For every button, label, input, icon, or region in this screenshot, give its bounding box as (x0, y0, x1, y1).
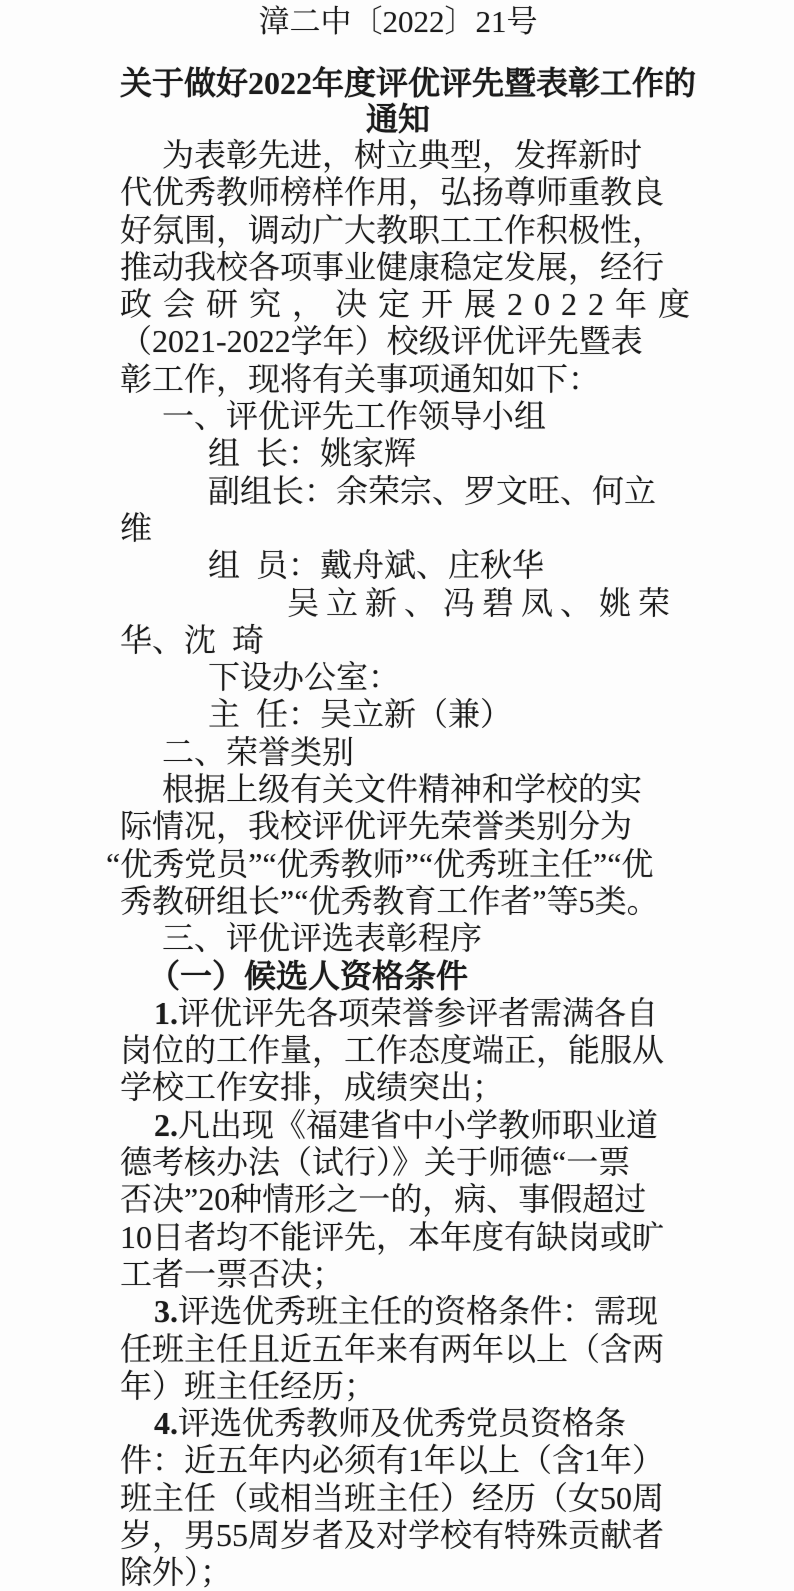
line-text: 年）班主任经历； (120, 1368, 376, 1404)
line-text: 主 任：吴立新（兼） (208, 696, 512, 732)
text-line: 吴立新、冯碧凤、姚荣 (120, 585, 676, 622)
text-line: “优秀党员”“优秀教师”“优秀班主任”“优 (106, 846, 676, 883)
line-text: 件：近五年内必须有1年以上（含1年） (120, 1442, 664, 1478)
text-line: 主 任：吴立新（兼） (120, 696, 676, 733)
text-line: 推动我校各项事业健康稳定发展，经行 (120, 249, 676, 286)
line-text: “优秀党员”“优秀教师”“优秀班主任”“优 (106, 846, 653, 882)
line-text: 际情况，我校评优评先荣誉类别分为 (120, 808, 632, 844)
line-text: 10日者均不能评先，本年度有缺岗或旷 (120, 1219, 664, 1255)
line-text: 组 长：姚家辉 (208, 435, 416, 471)
text-line: 学校工作安排，成绩突出； (120, 1069, 676, 1106)
line-text: 评优评先各项荣誉参评者需满各自 (178, 995, 658, 1031)
text-line: 秀教研组长”“优秀教育工作者”等5类。 (120, 883, 676, 920)
line-text: 秀教研组长”“优秀教育工作者”等5类。 (120, 883, 659, 919)
text-line: 维 (120, 510, 676, 547)
document-page: 漳二中〔2022〕21号 关于做好2022年度评优评先暨表彰工作的 通知 为表彰… (0, 0, 794, 1591)
line-text: 代优秀教师榜样作用，弘扬尊师重教良 (120, 174, 664, 210)
line-text: 岁，男55周岁者及对学校有特殊贡献者 (120, 1517, 664, 1553)
line-text: 好氛围，调动广大教职工工作积极性， (120, 212, 664, 248)
text-line: 下设办公室： (120, 659, 676, 696)
text-line: 工者一票否决； (120, 1256, 676, 1293)
line-text: 班主任（或相当班主任）经历（女50周 (120, 1480, 664, 1516)
line-text: （一）候选人资格条件 (148, 958, 468, 994)
text-line: （2021-2022学年）校级评优评先暨表 (120, 323, 676, 360)
text-line: 代优秀教师榜样作用，弘扬尊师重教良 (120, 174, 676, 211)
text-line: 际情况，我校评优评先荣誉类别分为 (120, 808, 676, 845)
line-text: 一、评优评先工作领导小组 (162, 398, 546, 434)
doc-number: 漳二中〔2022〕21号 (120, 3, 676, 40)
text-line: 4.评选优秀教师及优秀党员资格条 (120, 1405, 676, 1442)
text-line: 根据上级有关文件精神和学校的实 (120, 771, 676, 808)
text-line: 岁，男55周岁者及对学校有特殊贡献者 (120, 1517, 676, 1554)
item-number: 1. (154, 995, 178, 1031)
line-text: 维 (120, 510, 152, 546)
text-line: 2.凡出现《福建省中小学教师职业道 (120, 1107, 676, 1144)
line-text: 根据上级有关文件精神和学校的实 (162, 771, 642, 807)
line-text: 评选优秀教师及优秀党员资格条 (178, 1405, 626, 1441)
text-line: 好氛围，调动广大教职工工作积极性， (120, 212, 676, 249)
text-line: 为表彰先进，树立典型，发挥新时 (120, 137, 676, 174)
text-line: 除外）； (120, 1554, 676, 1591)
line-text: 任班主任且近五年来有两年以上（含两 (120, 1331, 664, 1367)
line-text: 学校工作安排，成绩突出； (120, 1069, 504, 1105)
text-line: 任班主任且近五年来有两年以上（含两 (120, 1331, 676, 1368)
line-text: 彰工作，现将有关事项通知如下： (120, 361, 600, 397)
text-line: 1.评优评先各项荣誉参评者需满各自 (120, 995, 676, 1032)
text-line: 彰工作，现将有关事项通知如下： (120, 361, 676, 398)
item-number: 4. (154, 1405, 178, 1441)
line-text: 德考核办法（试行）》关于师德“一票 (120, 1144, 630, 1180)
text-line: 3.评选优秀班主任的资格条件：需现 (120, 1293, 676, 1330)
text-line: 否决”20种情形之一的，病、事假超过 (120, 1181, 676, 1218)
line-text: 吴立新、冯碧凤、姚荣 (287, 585, 677, 621)
line-text: 凡出现《福建省中小学教师职业道 (178, 1107, 658, 1143)
text-line: 副组长：余荣宗、罗文旺、何立 (120, 473, 676, 510)
line-text: 三、评优评选表彰程序 (162, 920, 482, 956)
text-line: 年）班主任经历； (120, 1368, 676, 1405)
line-text: 政会研究，决定开展2022年度 (120, 286, 701, 322)
line-text: 除外）； (120, 1554, 232, 1590)
item-number: 3. (154, 1293, 178, 1329)
item-number: 2. (154, 1107, 178, 1143)
line-text: 华、沈 琦 (120, 622, 264, 658)
line-text: 工者一票否决； (120, 1256, 344, 1292)
line-text: 推动我校各项事业健康稳定发展，经行 (120, 249, 664, 285)
text-line: 岗位的工作量，工作态度端正，能服从 (120, 1032, 676, 1069)
text-line: 一、评优评先工作领导小组 (120, 398, 676, 435)
line-text: 岗位的工作量，工作态度端正，能服从 (120, 1032, 664, 1068)
document-body: 为表彰先进，树立典型，发挥新时代优秀教师榜样作用，弘扬尊师重教良好氛围，调动广大… (120, 137, 676, 1591)
text-line: 政会研究，决定开展2022年度 (120, 286, 676, 323)
text-line: 三、评优评选表彰程序 (120, 920, 676, 957)
text-line: 班主任（或相当班主任）经历（女50周 (120, 1480, 676, 1517)
line-text: 为表彰先进，树立典型，发挥新时 (162, 137, 642, 173)
text-line: 10日者均不能评先，本年度有缺岗或旷 (120, 1219, 676, 1256)
line-text: （2021-2022学年）校级评优评先暨表 (120, 323, 643, 359)
line-text: 组 员：戴舟斌、庄秋华 (208, 547, 544, 583)
doc-title-line-1: 关于做好2022年度评优评先暨表彰工作的 (120, 65, 676, 101)
text-line: 组 长：姚家辉 (120, 435, 676, 472)
line-text: 副组长：余荣宗、罗文旺、何立 (208, 473, 656, 509)
text-line: 件：近五年内必须有1年以上（含1年） (120, 1442, 676, 1479)
doc-title-line-2: 通知 (120, 101, 676, 137)
document-content: 漳二中〔2022〕21号 关于做好2022年度评优评先暨表彰工作的 通知 为表彰… (0, 0, 794, 1591)
text-line: 组 员：戴舟斌、庄秋华 (120, 547, 676, 584)
text-line: 华、沈 琦 (120, 622, 676, 659)
line-text: 二、荣誉类别 (162, 734, 354, 770)
text-line: 德考核办法（试行）》关于师德“一票 (120, 1144, 676, 1181)
line-text: 下设办公室： (208, 659, 400, 695)
text-line: 二、荣誉类别 (120, 734, 676, 771)
line-text: 评选优秀班主任的资格条件：需现 (178, 1293, 658, 1329)
line-text: 否决”20种情形之一的，病、事假超过 (120, 1181, 646, 1217)
text-line: （一）候选人资格条件 (120, 958, 676, 995)
